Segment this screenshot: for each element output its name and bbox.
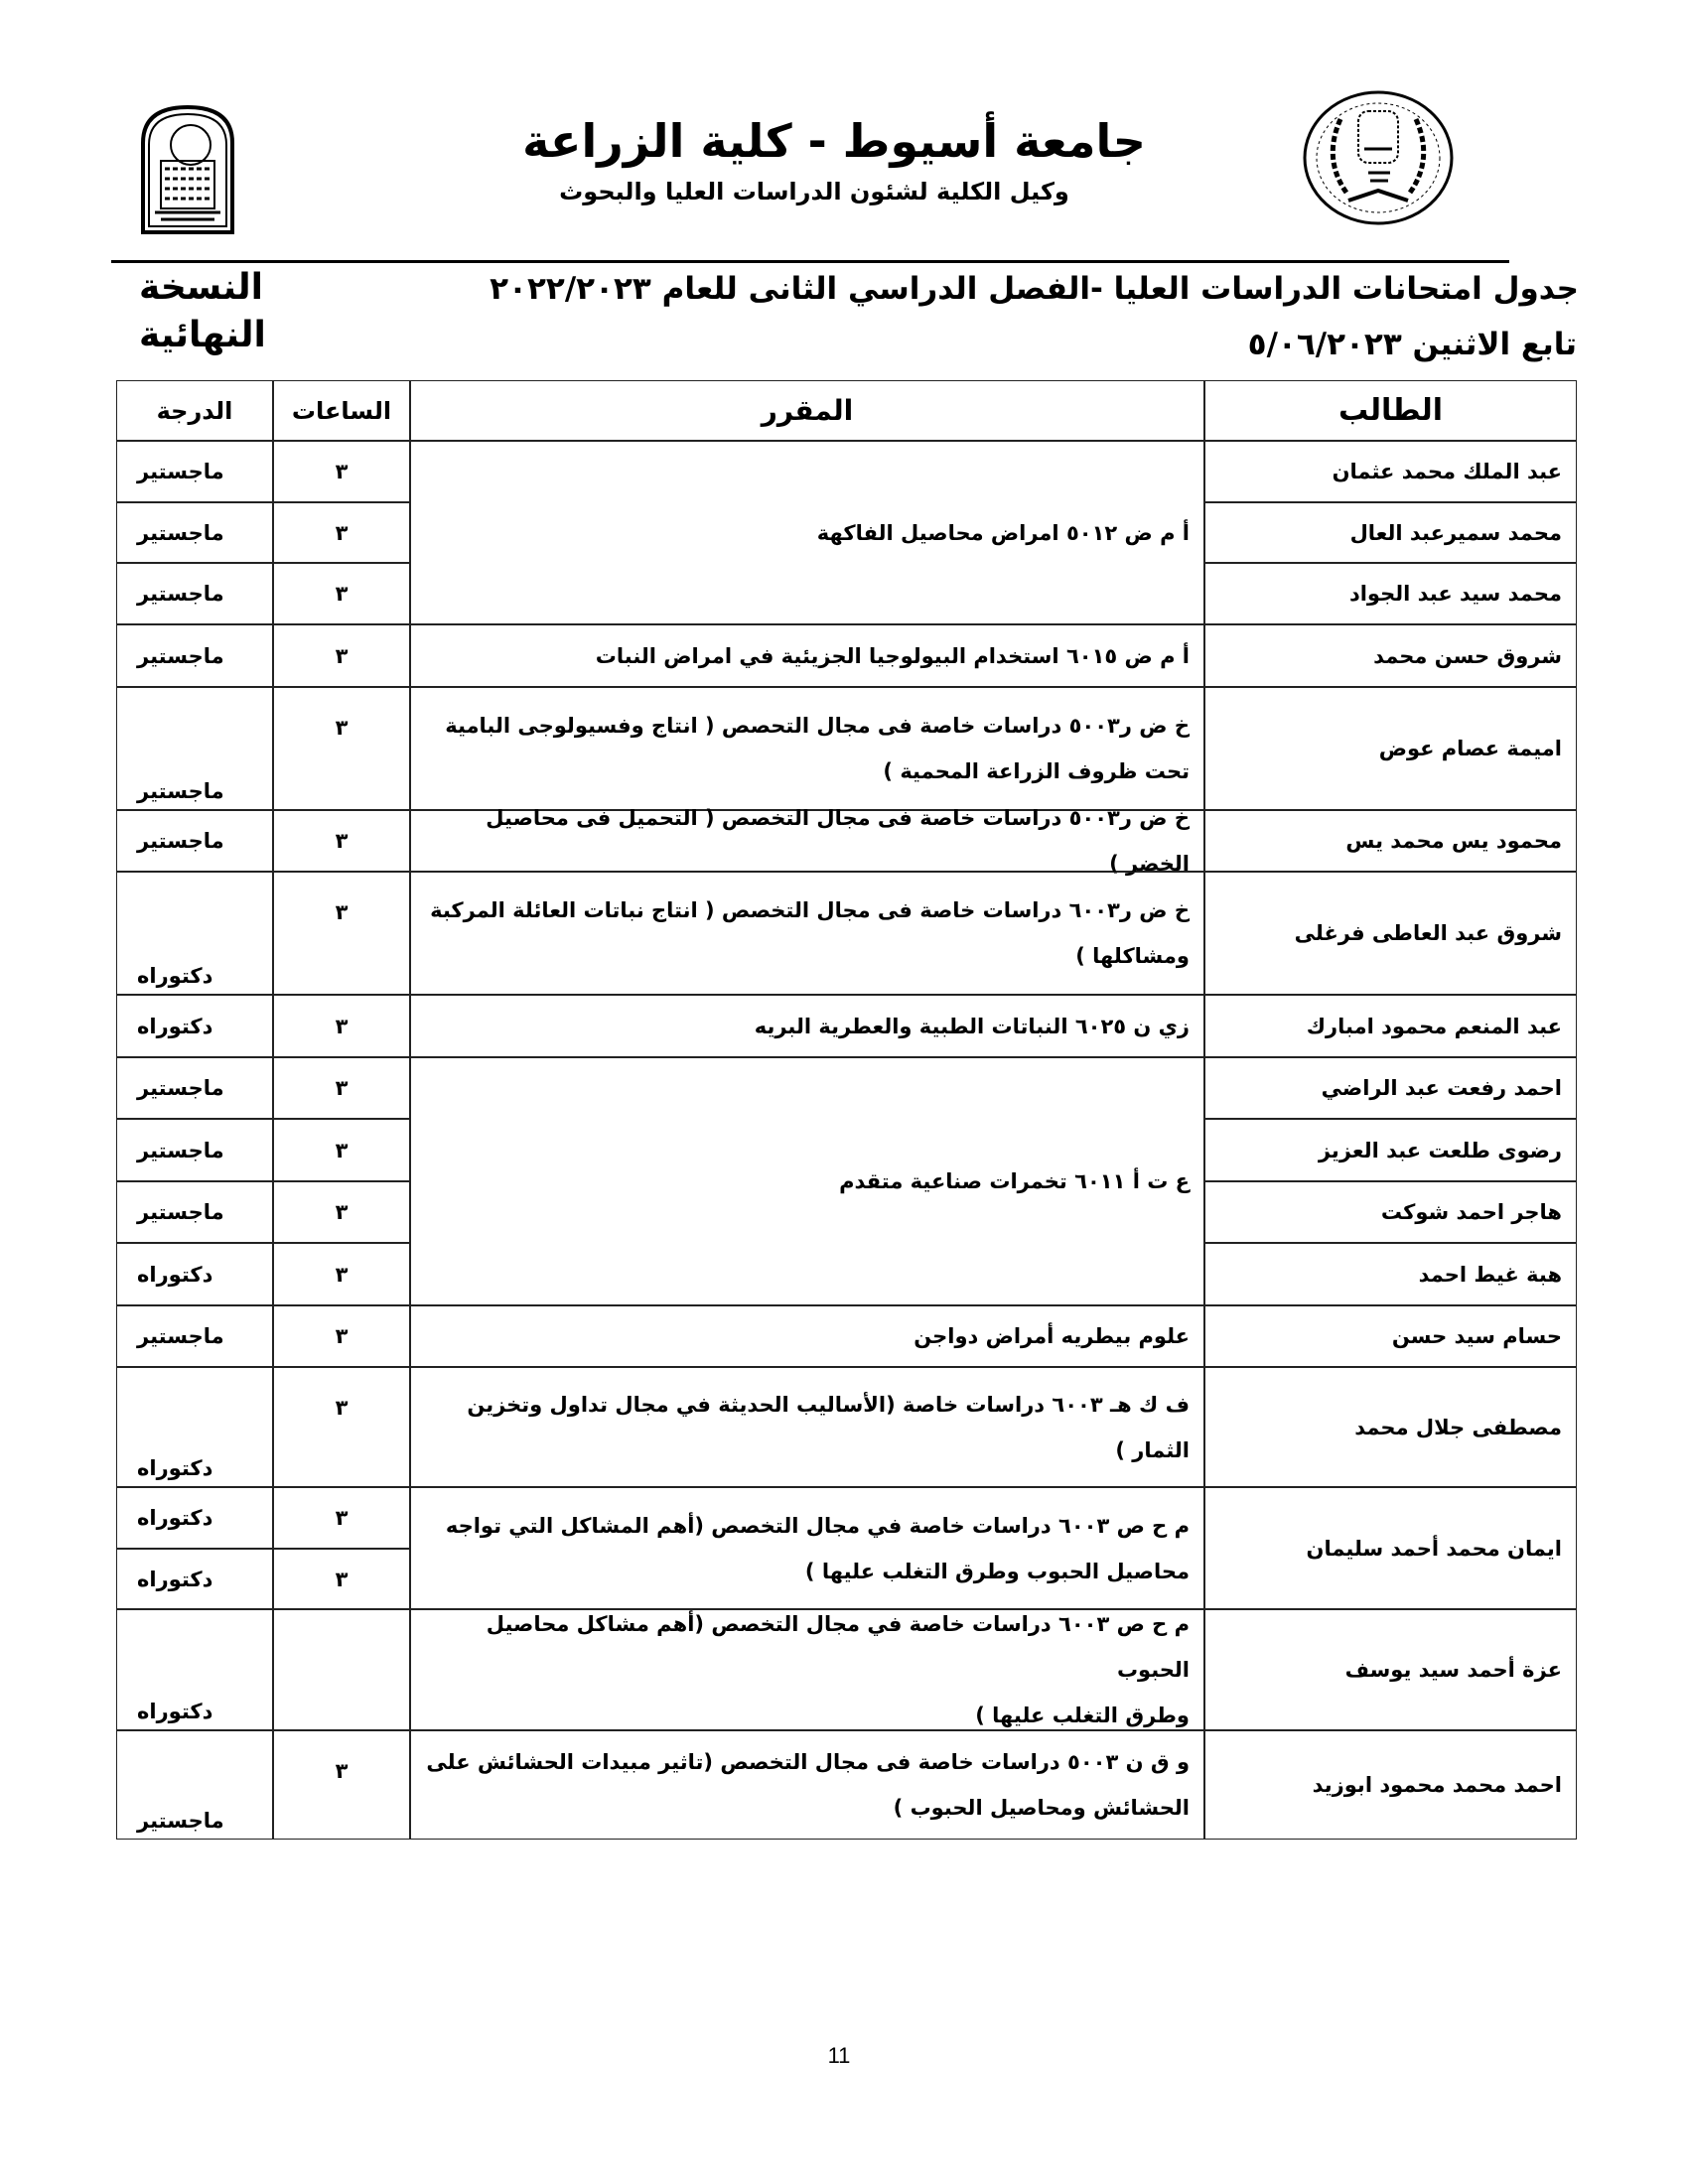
- course-cell-merged: ع ت أ ٦٠١١ تخمرات صناعية متقدم: [410, 1057, 1204, 1305]
- student-name-cell: عبد المنعم محمود امبارك: [1204, 995, 1577, 1057]
- course-cell: علوم بيطريه أمراض دواجن: [410, 1305, 1204, 1367]
- course-text: زي ن ٦٠٢٥ النباتات الطبية والعطرية البري…: [425, 1004, 1190, 1049]
- course-cell: أ م ض ٦٠١٥ استخدام البيولوجيا الجزيئية ف…: [410, 624, 1204, 687]
- course-text-line2: ومشاكلها ): [425, 933, 1190, 979]
- course-cell: و ق ن ٥٠٠٣ دراسات خاصة فى مجال التخصص (ت…: [410, 1730, 1204, 1840]
- hours-cell: ٣: [273, 687, 410, 810]
- student-name-cell: محمد سميرعبد العال: [1204, 502, 1577, 563]
- student-name-cell: مصطفى جلال محمد: [1204, 1367, 1577, 1487]
- hours-cell: ٣: [273, 1119, 410, 1181]
- course-text-line2: تحت ظروف الزراعة المحمية ): [425, 749, 1190, 794]
- course-text: علوم بيطريه أمراض دواجن: [425, 1313, 1190, 1359]
- student-name-cell: شروق حسن محمد: [1204, 624, 1577, 687]
- course-cell: خ ض ر٥٠٠٣ دراسات خاصة فى مجال التخصص ( ا…: [410, 810, 1204, 872]
- column-header-student: الطالب: [1204, 380, 1577, 441]
- hours-cell: ٣: [273, 624, 410, 687]
- header-divider: [111, 260, 1509, 263]
- course-cell: خ ض ر٦٠٠٣ دراسات خاصة فى مجال التخصص ( ا…: [410, 872, 1204, 995]
- course-text-line1: خ ض ر٦٠٠٣ دراسات خاصة فى مجال التخصص ( ا…: [425, 887, 1190, 933]
- date-line: تابع الاثنين ٥/٠٦/٢٠٢٣: [981, 322, 1577, 367]
- column-header-degree: الدرجة: [116, 380, 273, 441]
- degree-cell: ماجستير: [116, 563, 273, 624]
- degree-cell: دكتوراه: [116, 1367, 273, 1487]
- course-text-line2: الثمار ): [425, 1428, 1190, 1473]
- hours-cell: ٣: [273, 1367, 410, 1487]
- hours-cell: ٣: [273, 563, 410, 624]
- course-text-line2: محاصيل الحبوب وطرق التغلب عليها ): [425, 1549, 1190, 1594]
- hours-cell: [273, 1609, 410, 1730]
- version-label: النسخة النهائية: [139, 264, 397, 359]
- course-text: ع ت أ ٦٠١١ تخمرات صناعية متقدم: [425, 1159, 1190, 1204]
- student-name-cell: هاجر احمد شوكت: [1204, 1181, 1577, 1243]
- student-name-cell: حسام سيد حسن: [1204, 1305, 1577, 1367]
- degree-cell: ماجستير: [116, 1119, 273, 1181]
- course-text-line1: خ ض ر٥٠٠٣ دراسات خاصة فى مجال التحصص ( ا…: [425, 703, 1190, 749]
- degree-cell: دكتوراه: [116, 1609, 273, 1730]
- degree-cell: ماجستير: [116, 441, 273, 502]
- degree-cell: ماجستير: [116, 1730, 273, 1840]
- student-name-cell: احمد رفعت عبد الراضي: [1204, 1057, 1577, 1119]
- column-header-hours: الساعات: [273, 380, 410, 441]
- course-text-line1: م ح ص ٦٠٠٣ دراسات خاصة في مجال التخصص (أ…: [425, 1503, 1190, 1549]
- hours-cell: ٣: [273, 1243, 410, 1305]
- hours-cell: ٣: [273, 810, 410, 872]
- hours-cell: ٣: [273, 502, 410, 563]
- student-name-cell: احمد محمد محمود ابوزيد: [1204, 1730, 1577, 1840]
- degree-cell: ماجستير: [116, 810, 273, 872]
- assiut-emblem-icon: [139, 103, 236, 234]
- degree-cell: دكتوراه: [116, 1487, 273, 1549]
- faculty-seal-right: [1301, 89, 1456, 226]
- degree-cell: ماجستير: [116, 1305, 273, 1367]
- hours-cell: ٣: [273, 1305, 410, 1367]
- office-subtitle: وكيل الكلية لشئون الدراسات العليا والبحو…: [496, 175, 1132, 208]
- course-text: أ م ض ٦٠١٥ استخدام البيولوجيا الجزيئية ف…: [425, 633, 1190, 679]
- degree-cell: دكتوراه: [116, 1243, 273, 1305]
- course-text-line1: و ق ن ٥٠٠٣ دراسات خاصة فى مجال التخصص (ت…: [425, 1739, 1190, 1785]
- course-cell-merged: أ م ض ٥٠١٢ امراض محاصيل الفاكهة: [410, 441, 1204, 624]
- university-logo-left: [139, 103, 236, 234]
- degree-cell: دكتوراه: [116, 1549, 273, 1609]
- hours-cell: ٣: [273, 1549, 410, 1609]
- course-cell: خ ض ر٥٠٠٣ دراسات خاصة فى مجال التحصص ( ا…: [410, 687, 1204, 810]
- hours-cell: ٣: [273, 1730, 410, 1840]
- course-cell: م ح ص ٦٠٠٣ دراسات خاصة في مجال التخصص (أ…: [410, 1487, 1204, 1609]
- degree-cell: دكتوراه: [116, 872, 273, 995]
- degree-cell: ماجستير: [116, 687, 273, 810]
- hours-cell: ٣: [273, 995, 410, 1057]
- course-cell: م ح ص ٦٠٠٣ دراسات خاصة في مجال التخصص (أ…: [410, 1609, 1204, 1730]
- student-name-cell: ايمان محمد أحمد سليمان: [1204, 1487, 1577, 1609]
- student-name-cell: محمود يس محمد يس: [1204, 810, 1577, 872]
- hours-cell: ٣: [273, 441, 410, 502]
- course-text-line1: ف ك هـ ٦٠٠٣ دراسات خاصة (الأساليب الحديث…: [425, 1382, 1190, 1428]
- student-name-cell: هبة غيط احمد: [1204, 1243, 1577, 1305]
- degree-cell: دكتوراه: [116, 995, 273, 1057]
- agriculture-seal-icon: [1301, 89, 1456, 226]
- hours-cell: ٣: [273, 872, 410, 995]
- course-cell: ف ك هـ ٦٠٠٣ دراسات خاصة (الأساليب الحديث…: [410, 1367, 1204, 1487]
- degree-cell: ماجستير: [116, 624, 273, 687]
- hours-cell: ٣: [273, 1057, 410, 1119]
- page-number: 11: [794, 2043, 884, 2069]
- student-name-cell: عزة أحمد سيد يوسف: [1204, 1609, 1577, 1730]
- hours-cell: ٣: [273, 1487, 410, 1549]
- course-text-line1: م ح ص ٦٠٠٣ دراسات خاصة في مجال التخصص (أ…: [425, 1601, 1190, 1693]
- course-text: أ م ض ٥٠١٢ امراض محاصيل الفاكهة: [425, 510, 1190, 556]
- student-name-cell: رضوى طلعت عبد العزيز: [1204, 1119, 1577, 1181]
- course-cell: زي ن ٦٠٢٥ النباتات الطبية والعطرية البري…: [410, 995, 1204, 1057]
- student-name-cell: محمد سيد عبد الجواد: [1204, 563, 1577, 624]
- column-header-course: المقرر: [410, 380, 1204, 441]
- degree-cell: ماجستير: [116, 502, 273, 563]
- course-text-line2: الحشائش ومحاصيل الحبوب ): [425, 1785, 1190, 1831]
- student-name-cell: شروق عبد العاطى فرغلى: [1204, 872, 1577, 995]
- hours-cell: ٣: [273, 1181, 410, 1243]
- university-title: جامعة أسيوط - كلية الزراعة: [477, 111, 1192, 171]
- student-name-cell: اميمة عصام عوض: [1204, 687, 1577, 810]
- degree-cell: ماجستير: [116, 1181, 273, 1243]
- schedule-heading: جدول امتحانات الدراسات العليا -الفصل الد…: [487, 266, 1579, 312]
- degree-cell: ماجستير: [116, 1057, 273, 1119]
- student-name-cell: عبد الملك محمد عثمان: [1204, 441, 1577, 502]
